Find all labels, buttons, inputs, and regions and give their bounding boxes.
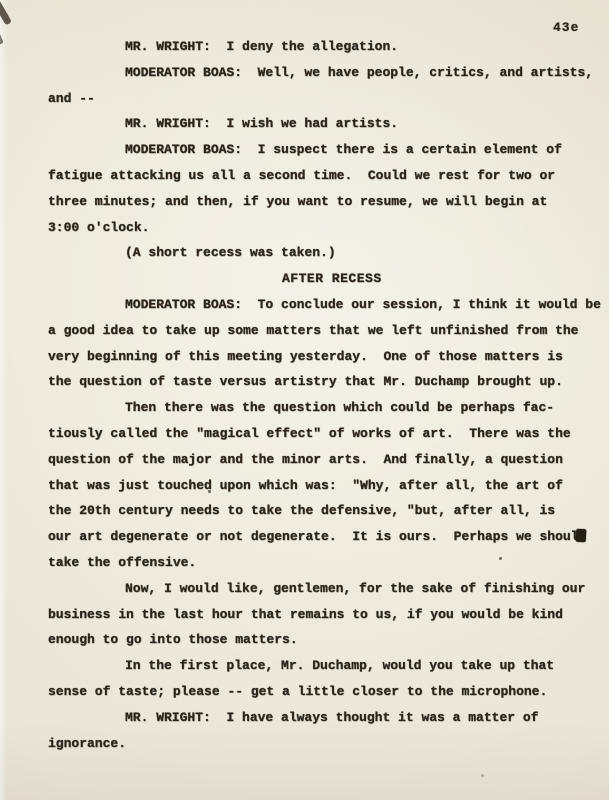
transcript-line: MR. WRIGHT: I wish we had artists. [48,111,596,137]
transcript-line: take the offensive. [48,550,596,576]
document-page: 43e MR. WRIGHT: I deny the allegation.MO… [0,0,609,800]
paper-speck [499,557,502,560]
transcript-line: tiously called the "magical effect" of w… [48,421,596,447]
transcript-line: the 20th century needs to take the defen… [48,498,596,524]
transcript-line: MR. WRIGHT: I deny the allegation. [48,34,596,60]
transcript-line: ignorance. [48,731,596,757]
transcript-line: (A short recess was taken.) [48,240,596,266]
transcript-line: MR. WRIGHT: I have always thought it was… [48,705,596,731]
page-number: 43e [553,20,579,35]
transcript-line: fatigue attacking us all a second time. … [48,163,596,189]
transcript-line: the question of taste versus artistry th… [48,369,596,395]
transcript-line: sense of taste; please -- get a little c… [48,679,596,705]
scan-corner-mark [0,29,4,45]
scan-corner-mark [0,0,12,25]
transcript-line: question of the major and the minor arts… [48,447,596,473]
ink-blot [576,529,587,543]
transcript-line: our art degenerate or not degenerate. It… [48,524,596,550]
transcript-line: Now, I would like, gentlemen, for the sa… [48,576,596,602]
transcript-line: In the first place, Mr. Duchamp, would y… [48,653,596,679]
paper-speck [208,490,211,493]
transcript-line: and -- [48,86,596,112]
transcript-line: MODERATOR BOAS: To conclude our session,… [48,292,596,318]
transcript-line: MODERATOR BOAS: I suspect there is a cer… [48,137,596,163]
transcript-line: very beginning of this meeting yesterday… [48,344,596,370]
transcript-line: MODERATOR BOAS: Well, we have people, cr… [48,60,596,86]
transcript-line: a good idea to take up some matters that… [48,318,596,344]
transcript-line: enough to go into those matters. [48,627,596,653]
paper-speck [481,774,484,777]
transcript-line: three minutes; and then, if you want to … [48,189,596,215]
transcript-line: Then there was the question which could … [48,395,596,421]
transcript-line: that was just touched upon which was: "W… [48,473,596,499]
transcript-line: business in the last hour that remains t… [48,602,596,628]
transcript-text: MR. WRIGHT: I deny the allegation.MODERA… [48,34,596,756]
section-heading: AFTER RECESS [48,266,596,292]
transcript-line: 3:00 o'clock. [48,215,596,241]
